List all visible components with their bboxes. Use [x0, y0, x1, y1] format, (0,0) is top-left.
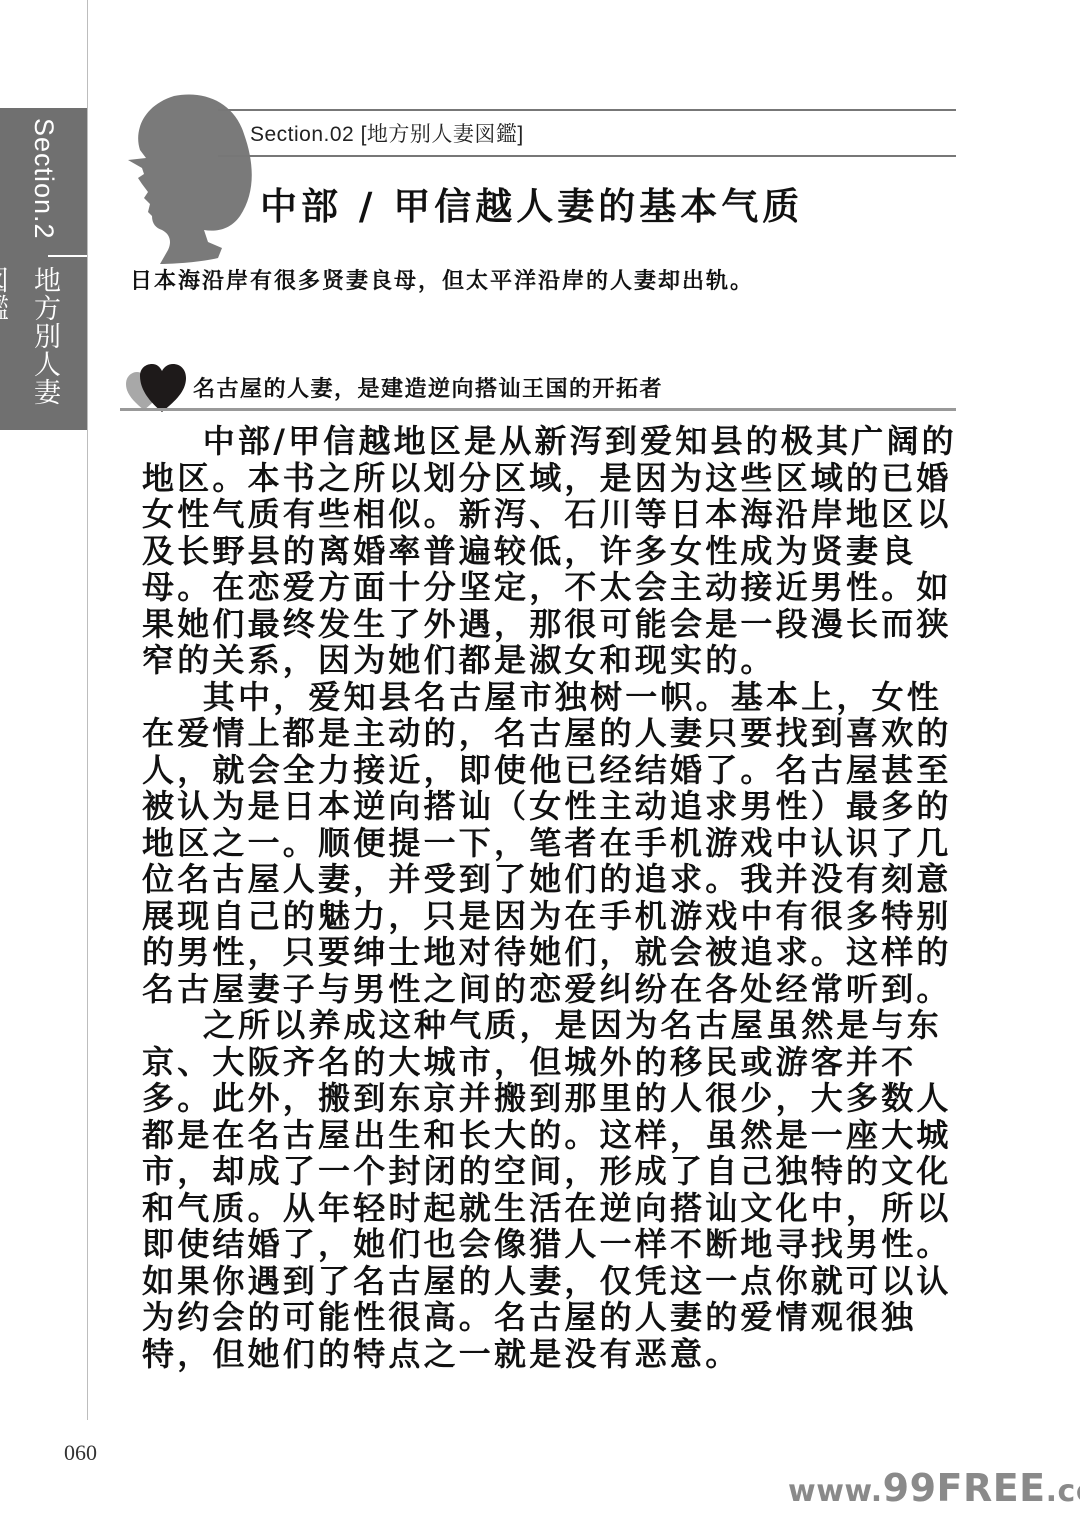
page-number: 060	[64, 1440, 97, 1466]
sub-section-rule	[120, 408, 956, 411]
paragraph: 之所以养成这种气质，是因为名古屋虽然是与东京、大阪齐名的大城市，但城外的移民或游…	[142, 1007, 972, 1372]
header-rule-top	[218, 109, 956, 111]
paragraph: 中部/甲信越地区是从新泻到爱知县的极其广阔的地区。本书之所以划分区域，是因为这些…	[142, 423, 972, 679]
paragraph: 其中，爱知县名古屋市独树一帜。基本上，女性在爱情上都是主动的，名古屋的人妻只要找…	[142, 679, 972, 1008]
side-section-tab: Section.2 地方別人妻図鑑	[0, 108, 87, 430]
article-body: 中部/甲信越地区是从新泻到爱知县的极其广阔的地区。本书之所以划分区域，是因为这些…	[142, 423, 972, 1372]
woman-silhouette-icon	[112, 92, 262, 264]
watermark: www.99FREE.cc	[788, 1466, 1080, 1510]
watermark-suffix: .cc	[1046, 1474, 1080, 1509]
double-heart-icon	[124, 362, 190, 414]
side-tab-section-number: Section.2	[18, 118, 70, 248]
watermark-brand: 99FREE	[883, 1466, 1046, 1510]
sub-section-heading: 名古屋的人妻，是建造逆向搭讪王国的开拓者	[193, 372, 663, 403]
side-tab-divider	[48, 255, 87, 257]
header-rule-bottom	[218, 155, 956, 157]
page-title: 中部 / 甲信越人妻的基本气质	[260, 176, 803, 230]
margin-line	[87, 0, 88, 1420]
section-label: Section.02 [地方别人妻図鑑]	[250, 118, 524, 148]
side-tab-section-name: 地方別人妻図鑑	[18, 266, 70, 426]
watermark-prefix: www.	[788, 1474, 883, 1509]
lead-text: 日本海沿岸有很多贤妻良母，但太平洋沿岸的人妻却出轨。	[130, 264, 754, 295]
